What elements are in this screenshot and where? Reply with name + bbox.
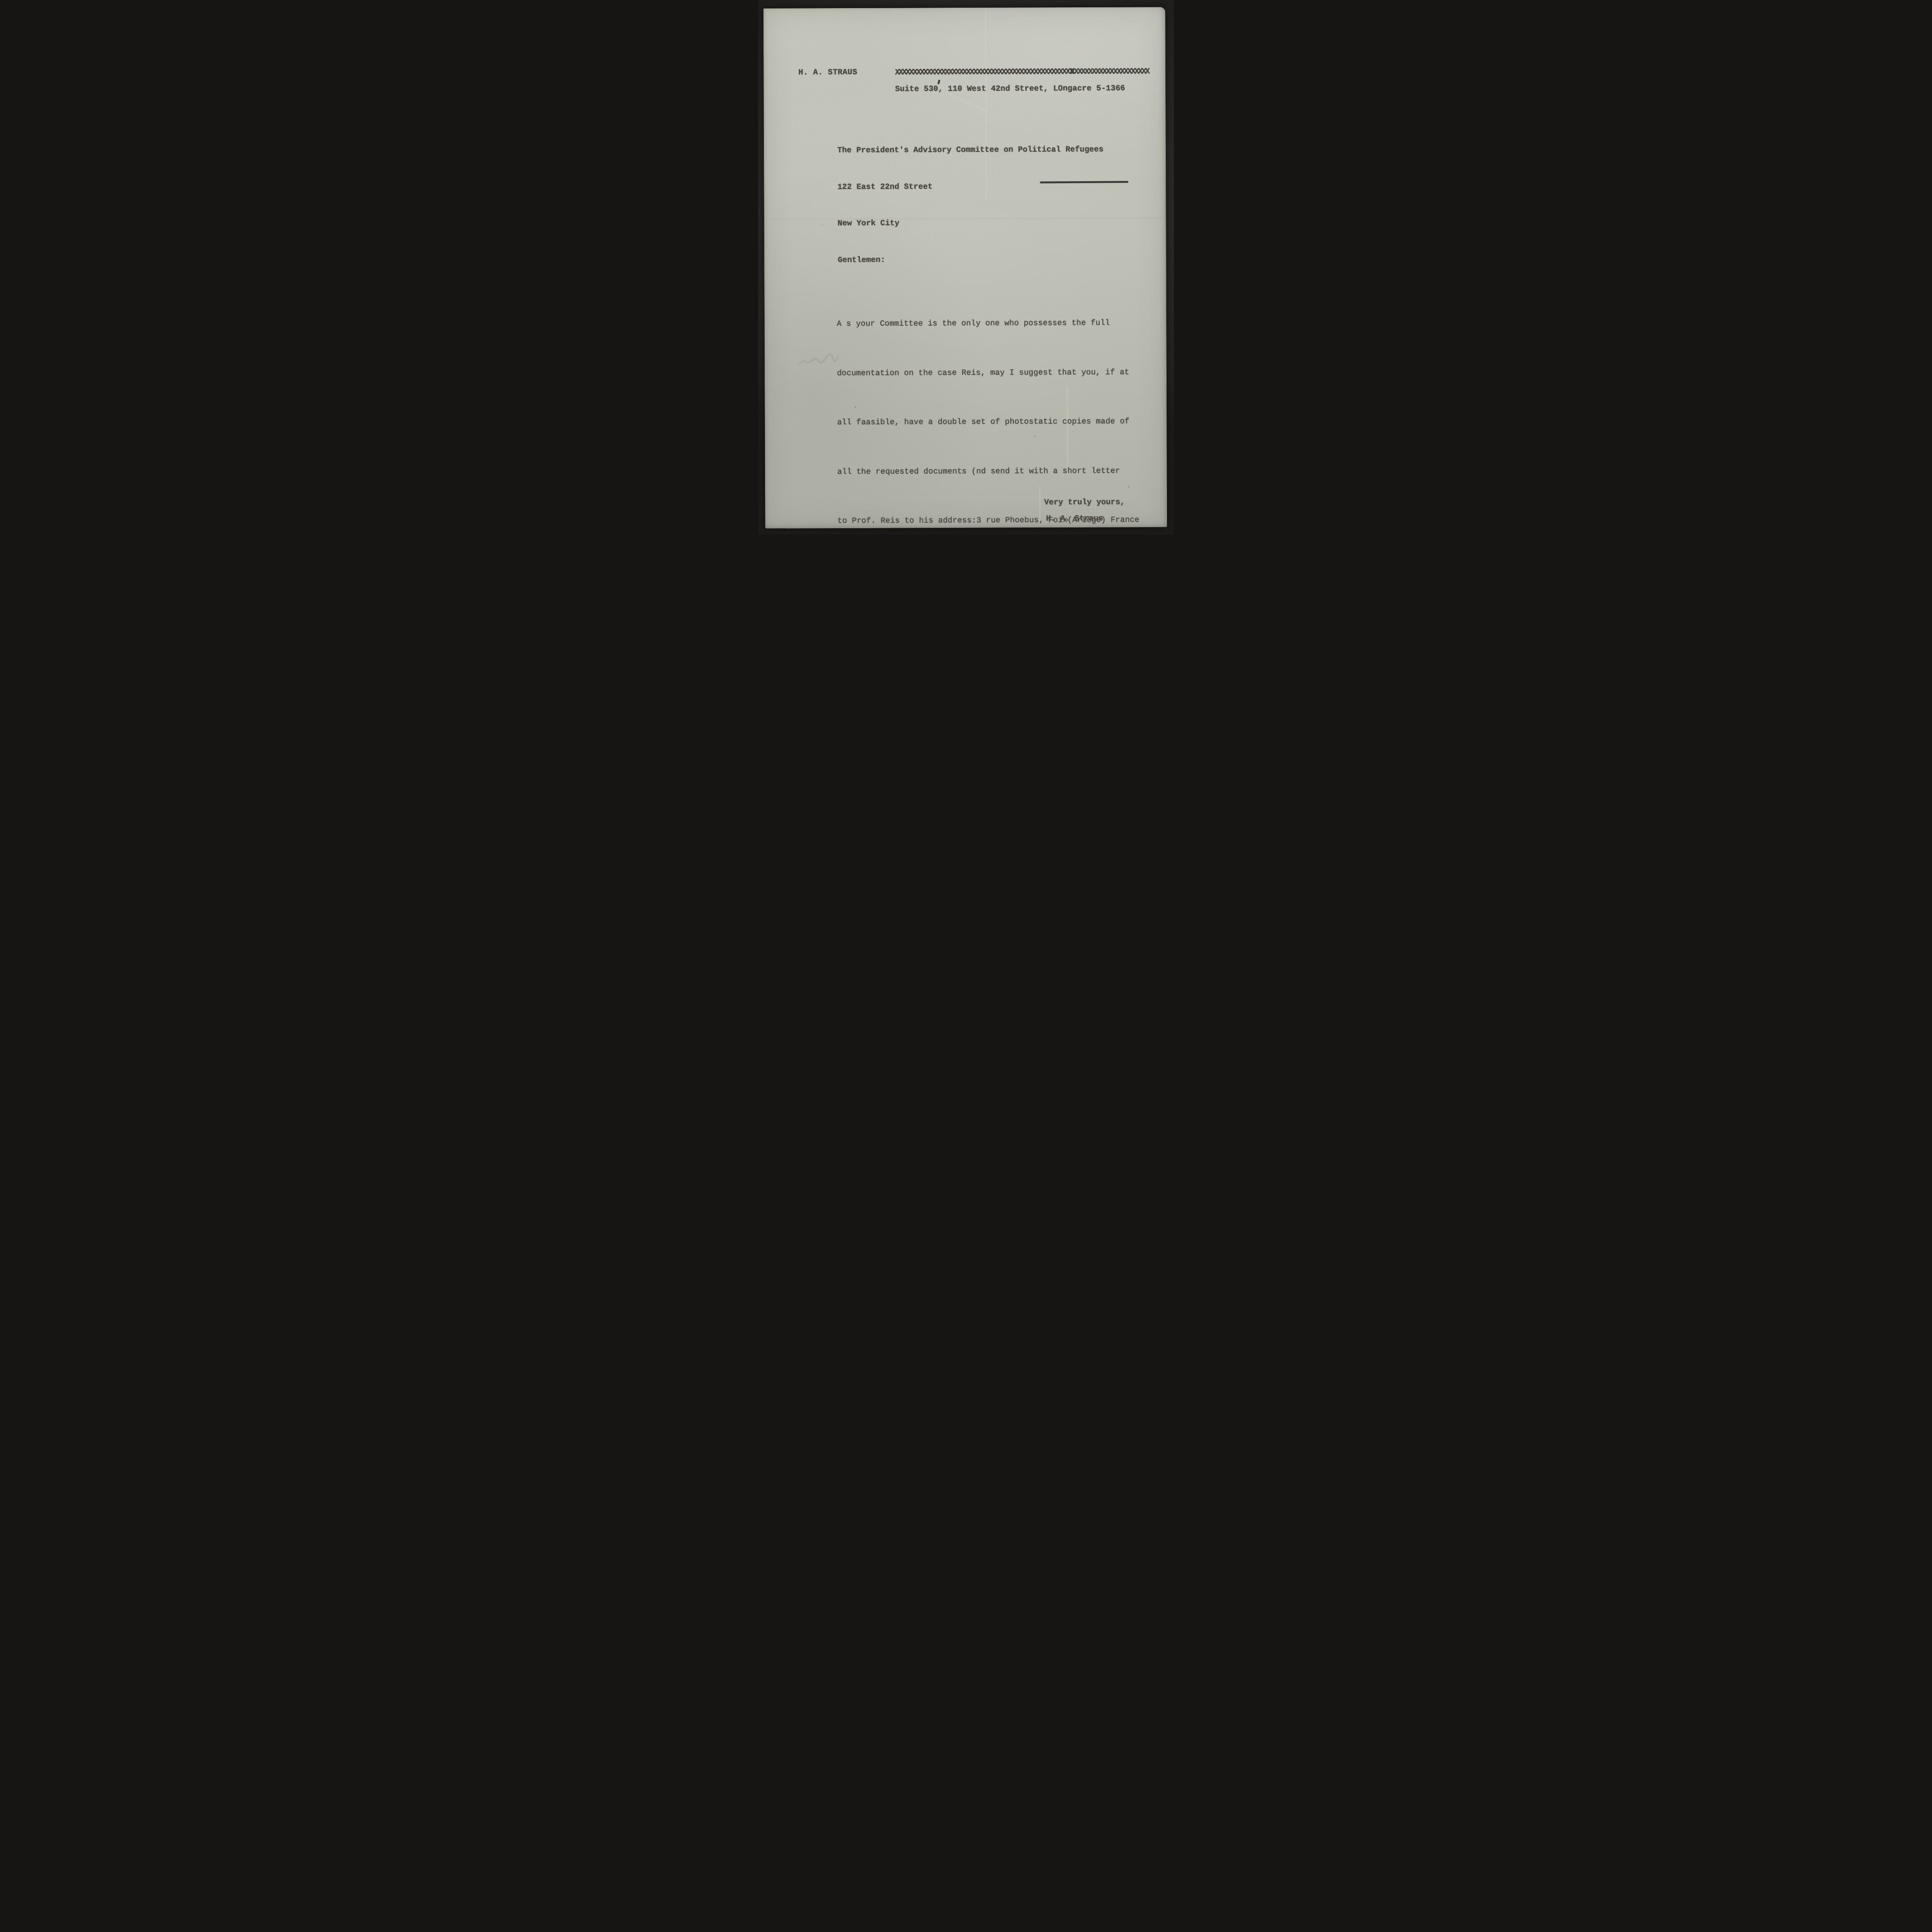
salutation: Gentlemen:	[838, 253, 1104, 266]
letter-body: A s your Committee is the only one who p…	[837, 282, 1141, 528]
sender-name: H. A. STRAUS	[798, 68, 857, 77]
crease-mark	[947, 93, 990, 112]
recipient-block: The President's Advisory Committee on Po…	[837, 119, 1104, 291]
stray-ink-mark	[937, 80, 940, 85]
pencil-smudge	[797, 351, 840, 369]
horizontal-ink-line	[1040, 181, 1128, 183]
recipient-line: New York City	[838, 217, 1104, 230]
body-line: documentation on the case Reis, may I su…	[837, 364, 1139, 382]
typed-x-rule-long: XXXXXXXXXXXXXXXXXXXXXXXXXXXXXXXXXXXXXXXX…	[895, 68, 1073, 77]
valediction: Very truly yours,	[1044, 498, 1125, 507]
typed-signature: H. A. Straus	[1046, 514, 1103, 524]
letterhead-address-line: Suite 530, 110 West 42nd Street, LOngacr…	[895, 84, 1125, 94]
recipient-line: The President's Advisory Committee on Po…	[837, 144, 1104, 157]
ink-speck	[822, 224, 823, 225]
body-line: all faasible, have a double set of photo…	[837, 413, 1139, 431]
scanned-letter-screenshot: H. A. STRAUS XXXXXXXXXXXXXXXXXXXXXXXXXXX…	[758, 0, 1174, 534]
typed-x-rule-short: XXXXXXXXXXXXXXXXXXXXXX	[1070, 67, 1149, 77]
body-line: A s your Committee is the only one who p…	[837, 315, 1138, 332]
body-line: all the requested documents (nd send it …	[837, 463, 1139, 480]
letter-page: H. A. STRAUS XXXXXXXXXXXXXXXXXXXXXXXXXXX…	[764, 7, 1167, 529]
